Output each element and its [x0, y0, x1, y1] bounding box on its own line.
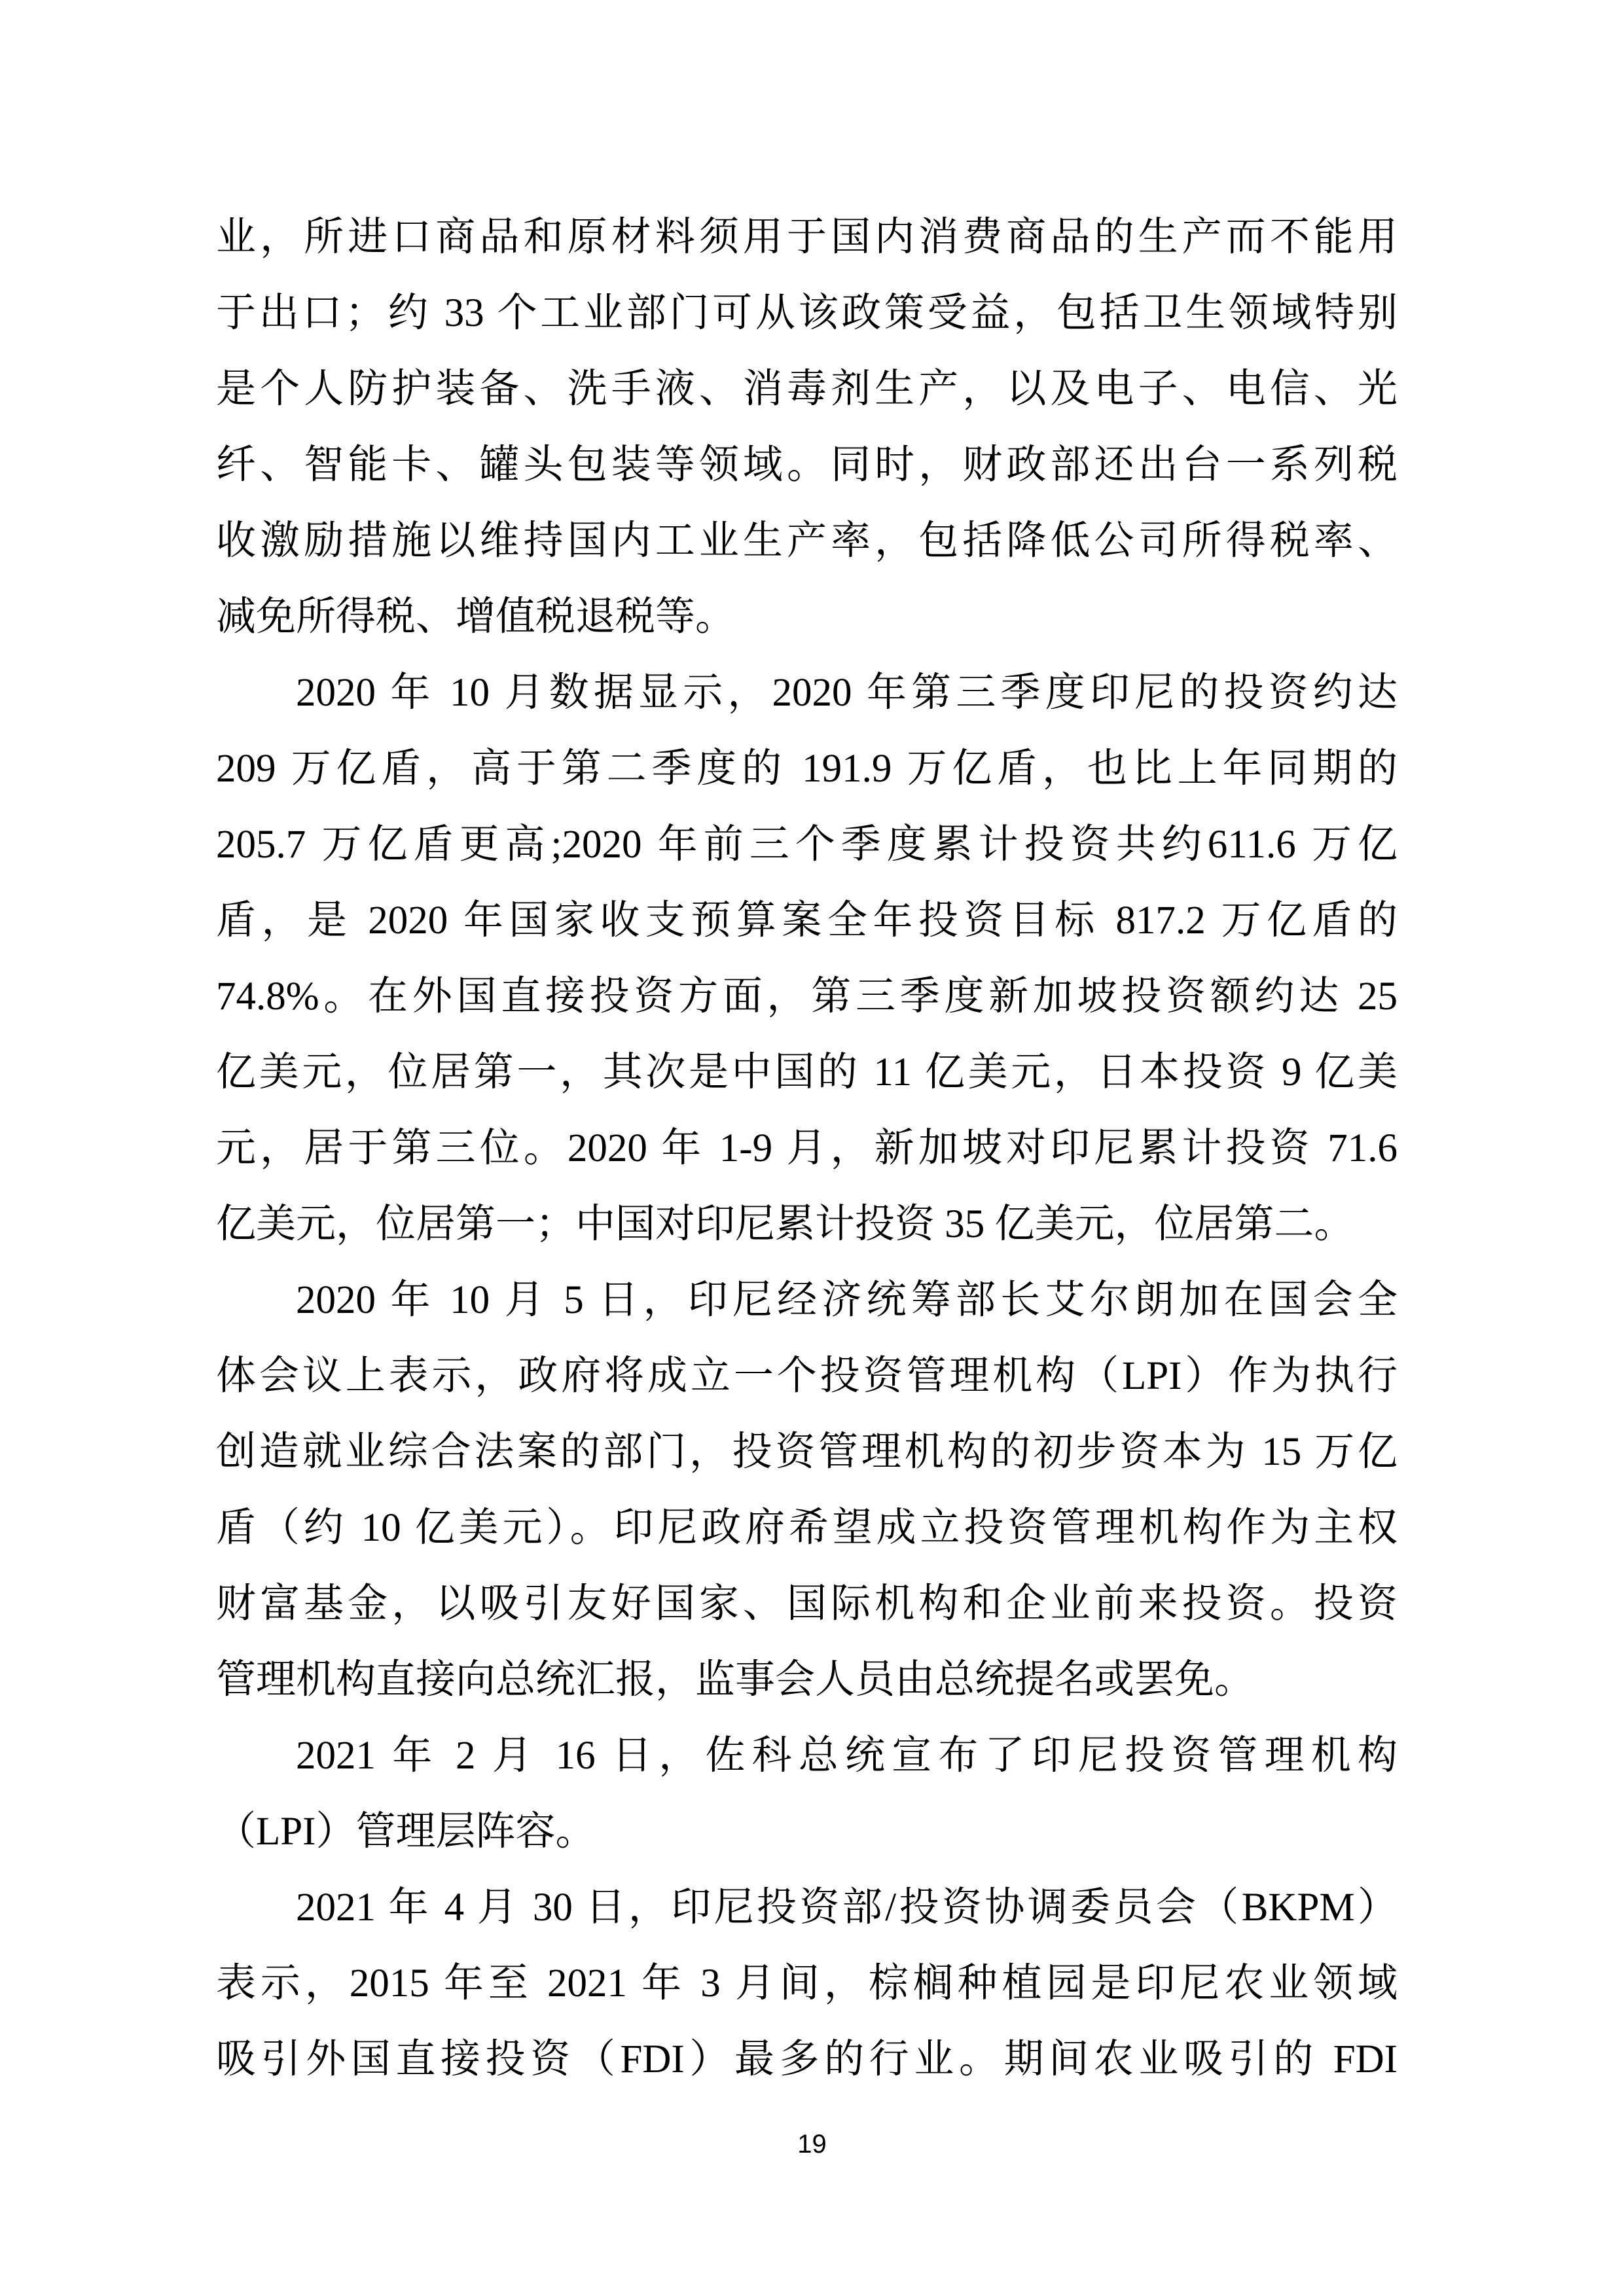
text-line: 业，所进口商品和原材料须用于国内消费商品的生产而不能用 — [216, 200, 1398, 276]
text-line: 2020 年 10 月数据显示，2020 年第三季度印尼的投资约达 — [216, 655, 1398, 731]
text-line: 亿美元，位居第一；中国对印尼累计投资 35 亿美元，位居第二。 — [216, 1187, 1398, 1263]
text-line: 盾（约 10 亿美元）。印尼政府希望成立投资管理机构作为主权 — [216, 1490, 1398, 1566]
text-line: 2021 年 4 月 30 日，印尼投资部/投资协调委员会（BKPM） — [216, 1870, 1398, 1946]
text-line: 收激励措施以维持国内工业生产率，包括降低公司所得税率、 — [216, 503, 1398, 579]
text-line: 纤、智能卡、罐头包装等领域。同时，财政部还出台一系列税 — [216, 427, 1398, 503]
text-line: 74.8%。在外国直接投资方面，第三季度新加坡投资额约达 25 — [216, 959, 1398, 1035]
text-line: 元，居于第三位。2020 年 1-9 月，新加坡对印尼累计投资 71.6 — [216, 1111, 1398, 1187]
text-line: 2021 年 2 月 16 日，佐科总统宣布了印尼投资管理机构 — [216, 1718, 1398, 1794]
text-line: 是个人防护装备、洗手液、消毒剂生产，以及电子、电信、光 — [216, 351, 1398, 427]
text-line: 盾，是 2020 年国家收支预算案全年投资目标 817.2 万亿盾的 — [216, 883, 1398, 959]
page-number: 19 — [0, 2128, 1624, 2160]
document-page: 业，所进口商品和原材料须用于国内消费商品的生产而不能用于出口；约 33 个工业部… — [0, 0, 1624, 2296]
text-line: 亿美元，位居第一，其次是中国的 11 亿美元，日本投资 9 亿美 — [216, 1035, 1398, 1111]
text-line: 减免所得税、增值税退税等。 — [216, 579, 1398, 655]
text-line: 205.7 万亿盾更高;2020 年前三个季度累计投资共约611.6 万亿 — [216, 807, 1398, 883]
text-line: （LPI）管理层阵容。 — [216, 1794, 1398, 1870]
text-line: 209 万亿盾，高于第二季度的 191.9 万亿盾，也比上年同期的 — [216, 731, 1398, 807]
text-line: 吸引外国直接投资（FDI）最多的行业。期间农业吸引的 FDI — [216, 2022, 1398, 2098]
text-line: 管理机构直接向总统汇报，监事会人员由总统提名或罢免。 — [216, 1642, 1398, 1718]
text-line: 表示，2015 年至 2021 年 3 月间，棕榈种植园是印尼农业领域 — [216, 1946, 1398, 2022]
text-line: 体会议上表示，政府将成立一个投资管理机构（LPI）作为执行 — [216, 1338, 1398, 1414]
text-line: 创造就业综合法案的部门，投资管理机构的初步资本为 15 万亿 — [216, 1414, 1398, 1490]
text-line: 2020 年 10 月 5 日，印尼经济统筹部长艾尔朗加在国会全 — [216, 1263, 1398, 1338]
text-line: 于出口；约 33 个工业部门可从该政策受益，包括卫生领域特别 — [216, 276, 1398, 351]
text-line: 财富基金，以吸引友好国家、国际机构和企业前来投资。投资 — [216, 1566, 1398, 1642]
body-text: 业，所进口商品和原材料须用于国内消费商品的生产而不能用于出口；约 33 个工业部… — [216, 200, 1398, 2098]
